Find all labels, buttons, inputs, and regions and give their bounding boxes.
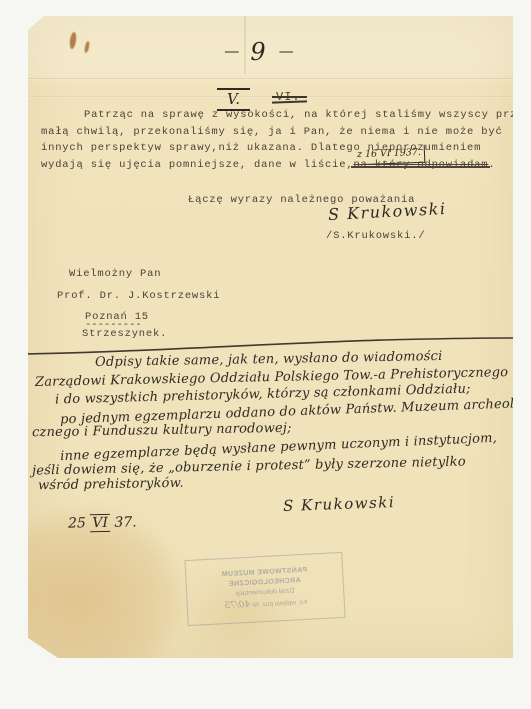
letter-line: małą chwilą, przekonaliśmy się, ja i Pan… — [41, 124, 509, 141]
stamp-label: Ks. wpływu poz. Nr — [252, 598, 308, 608]
letter-line-text: wydają się ujęcia pomniejsze, dane w liś… — [41, 159, 353, 171]
rust-spot — [69, 32, 77, 50]
sentence-period: . — [488, 159, 495, 171]
note-date-day: 25 — [68, 515, 86, 531]
struck-text-wrap: z 16 VI 1937.na który odpowiadam — [353, 157, 488, 174]
rust-spot — [84, 41, 90, 54]
note-date-year: 37. — [114, 514, 137, 530]
note-line: wśród prehistoryków. — [38, 476, 184, 494]
note-date-month: VI — [90, 514, 110, 532]
letter-line: innych perspektyw sprawy,niż ukazana. Dl… — [41, 140, 509, 157]
museum-stamp-bleedthrough: PAŃSTWOWE MUZEUM ARCHEOLOGICZNE Dział do… — [184, 552, 345, 626]
paper-sheet: — 9 — V. VI. Patrząc na sprawę z wysokoś… — [28, 16, 513, 658]
scanned-document: — 9 — V. VI. Patrząc na sprawę z wysokoś… — [0, 0, 531, 709]
stamp-number: 40/75 — [224, 599, 250, 610]
note-signature: S Krukowski — [283, 493, 396, 515]
section-markers: V. VI. — [28, 86, 513, 108]
page-number: — 9 — — [178, 40, 338, 64]
fold-crease — [28, 78, 513, 80]
note-line: cznego i Funduszu kultury narodowej; — [32, 421, 292, 441]
address-line: Wielmożny Pan — [69, 268, 161, 280]
address-line: Prof. Dr. J.Kostrzewski — [57, 290, 220, 302]
struck-text: na który odpowiadam — [353, 157, 488, 174]
page-number-dash: — — [224, 42, 237, 60]
signature-typed: /S.Krukowski./ — [326, 230, 425, 242]
page-number-value: 9 — [242, 38, 273, 66]
section-marker-struck: VI. — [276, 90, 301, 104]
note-date: 25 VI 37. — [68, 514, 137, 531]
letter-line: Patrząc na sprawę z wysokości, na której… — [41, 107, 509, 124]
letter-body: Patrząc na sprawę z wysokości, na której… — [41, 107, 509, 173]
stamp-content: PAŃSTWOWE MUZEUM ARCHEOLOGICZNE Dział do… — [186, 563, 344, 614]
letter-line: wydają się ujęcia pomniejsze, dane w liś… — [41, 157, 509, 174]
page-number-dash: — — [279, 42, 292, 60]
